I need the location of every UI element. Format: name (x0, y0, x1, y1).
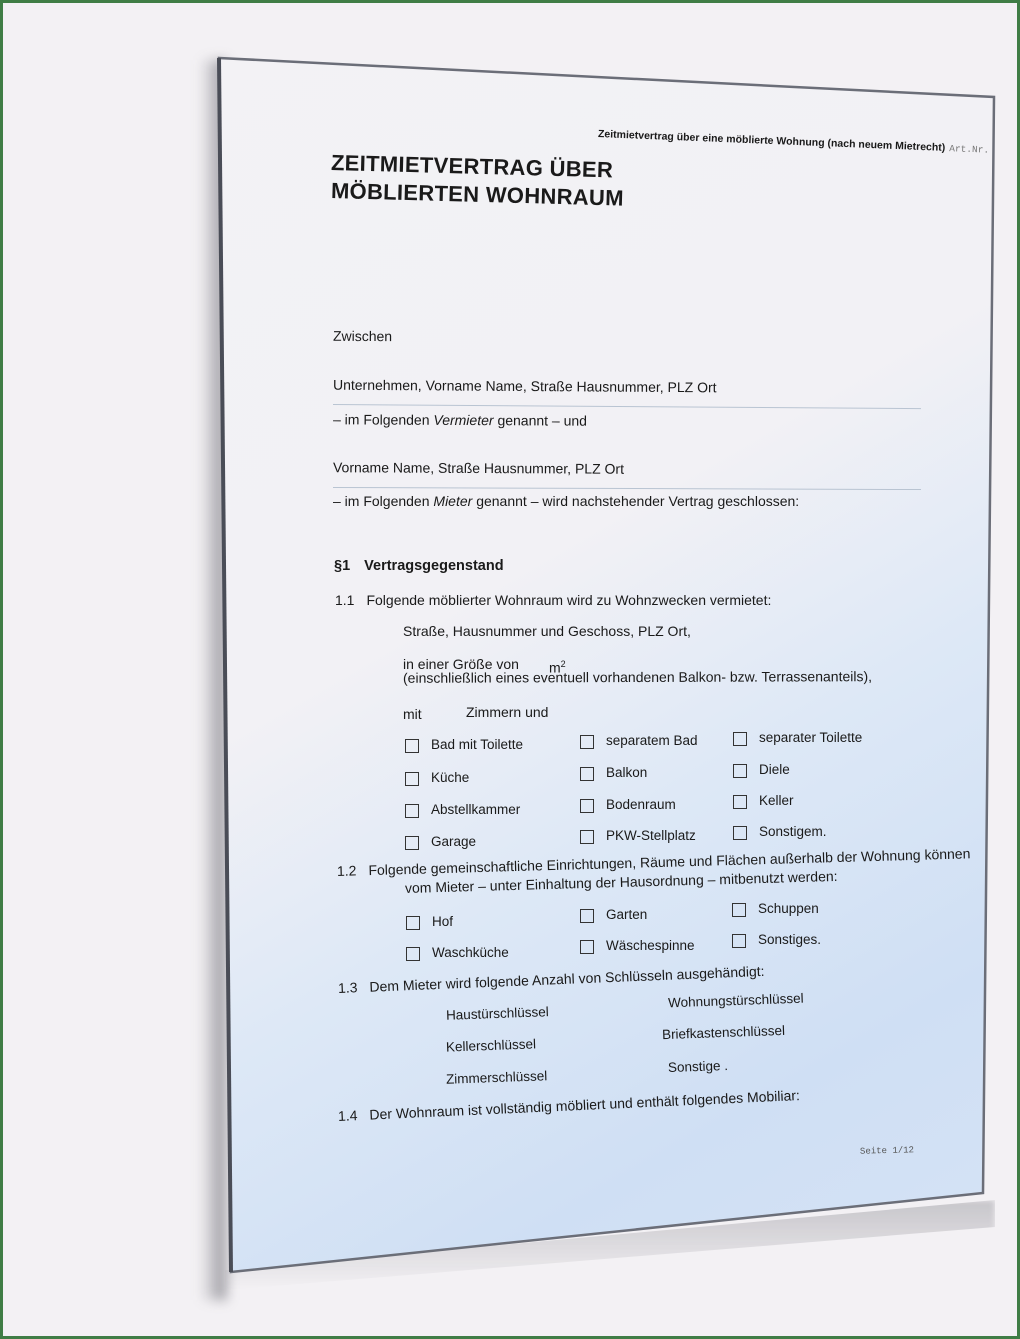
checkbox-label: Diele (759, 762, 790, 777)
key-item: Kellerschlüssel (446, 1036, 537, 1054)
checkbox[interactable] (732, 934, 746, 948)
checkbox[interactable] (580, 830, 594, 844)
tenant-field[interactable]: Vorname Name, Straße Hausnummer, PLZ Ort (333, 459, 624, 477)
property-address-field[interactable]: Straße, Hausnummer und Geschoss, PLZ Ort… (403, 623, 691, 639)
tenant-role-post: genannt – wird nachstehender Vertrag ges… (472, 493, 799, 509)
key-item: Sonstige . (668, 1058, 729, 1075)
checkbox-label: Garage (431, 834, 476, 849)
key-item: Wohnungstürschlüssel (668, 991, 804, 1011)
checkbox-label: Schuppen (758, 901, 819, 916)
checkbox-label: separatem Bad (606, 733, 698, 748)
rooms-post: Zimmern und (466, 704, 548, 720)
checkbox-label: Balkon (606, 765, 647, 780)
key-item: Zimmerschlüssel (446, 1068, 548, 1087)
checkbox[interactable] (405, 739, 419, 753)
clause-1-4-number: 1.4 (338, 1107, 358, 1124)
landlord-role-pre: – im Folgenden (333, 411, 433, 428)
section-1-number: §1 (334, 558, 350, 574)
checkbox[interactable] (580, 799, 594, 813)
checkbox[interactable] (733, 764, 747, 778)
landlord-role: Vermieter (433, 412, 493, 428)
checkbox[interactable] (580, 909, 594, 923)
key-item: Briefkastenschlüssel (662, 1023, 786, 1042)
tenant-field-underline (333, 487, 921, 490)
size-note: (einschließlich eines eventuell vorhande… (403, 668, 872, 686)
checkbox[interactable] (580, 940, 594, 954)
checkbox[interactable] (405, 804, 419, 818)
landlord-role-post: genannt – und (494, 412, 588, 428)
checkbox-label: Waschküche (432, 945, 509, 960)
size-unit-sup: 2 (561, 659, 566, 669)
clause-1-1-text: Folgende möblierter Wohnraum wird zu Woh… (366, 592, 771, 608)
checkbox[interactable] (405, 772, 419, 786)
checkbox[interactable] (405, 836, 419, 850)
title-line-2: MÖBLIERTEN WOHNRAUM (331, 178, 624, 212)
tenant-role-text: – im Folgenden Mieter genannt – wird nac… (333, 493, 799, 509)
clause-1-4: 1.4Der Wohnraum ist vollständig möbliert… (338, 1087, 801, 1124)
clause-1-4-text: Der Wohnraum ist vollständig möbliert un… (369, 1087, 800, 1123)
page-number: Seite 1/12 (860, 1142, 914, 1159)
checkbox[interactable] (733, 795, 747, 809)
checkbox-label: Sonstiges. (758, 932, 821, 947)
intro-text: Zwischen (333, 328, 392, 344)
checkbox-label: Küche (431, 770, 469, 785)
article-number: Art.Nr. 45201 (949, 143, 1020, 157)
document-page: Zeitmietvertrag über eine möblierte Wohn… (0, 0, 1020, 1339)
checkbox[interactable] (406, 916, 420, 930)
checkbox-label: separater Toilette (759, 730, 862, 745)
checkbox-label: Bad mit Toilette (431, 737, 523, 752)
checkbox[interactable] (733, 732, 747, 746)
running-header-text: Zeitmietvertrag über eine möblierte Wohn… (598, 128, 946, 154)
checkbox-label: PKW-Stellplatz (606, 828, 696, 843)
running-header: Zeitmietvertrag über eine möblierte Wohn… (598, 126, 1020, 160)
checkbox[interactable] (580, 767, 594, 781)
checkbox[interactable] (732, 903, 746, 917)
checkbox-label: Garten (606, 907, 647, 922)
clause-1-3-text: Dem Mieter wird folgende Anzahl von Schl… (369, 963, 765, 995)
landlord-role-text: – im Folgenden Vermieter genannt – und (333, 411, 587, 428)
checkbox-label: Bodenraum (606, 797, 676, 812)
clause-1-3-number: 1.3 (338, 979, 358, 996)
tenant-role-pre: – im Folgenden (333, 493, 433, 509)
checkbox[interactable] (733, 826, 747, 840)
clause-1-3: 1.3Dem Mieter wird folgende Anzahl von S… (338, 963, 765, 996)
checkbox-label: Keller (759, 793, 794, 808)
section-1-heading: §1Vertragsgegenstand (334, 558, 504, 574)
landlord-field[interactable]: Unternehmen, Vorname Name, Straße Hausnu… (333, 377, 717, 396)
checkbox[interactable] (580, 735, 594, 749)
page-content: Zeitmietvertrag über eine möblierte Wohn… (0, 0, 1020, 1339)
tenant-role: Mieter (433, 493, 472, 509)
clause-1-1: 1.1Folgende möblierter Wohnraum wird zu … (335, 592, 771, 608)
clause-1-2-number: 1.2 (337, 862, 357, 879)
checkbox-label: Sonstigem. (759, 824, 827, 839)
checkbox-label: Hof (432, 914, 453, 929)
checkbox-label: Wäschespinne (606, 938, 695, 953)
section-1-title: Vertragsgegenstand (364, 558, 503, 574)
checkbox[interactable] (406, 947, 420, 961)
rooms-pre: mit (403, 706, 422, 722)
clause-1-1-number: 1.1 (335, 592, 354, 608)
checkbox-label: Abstellkammer (431, 802, 520, 817)
key-item: Haustürschlüssel (446, 1004, 549, 1023)
landlord-field-underline (333, 404, 921, 409)
